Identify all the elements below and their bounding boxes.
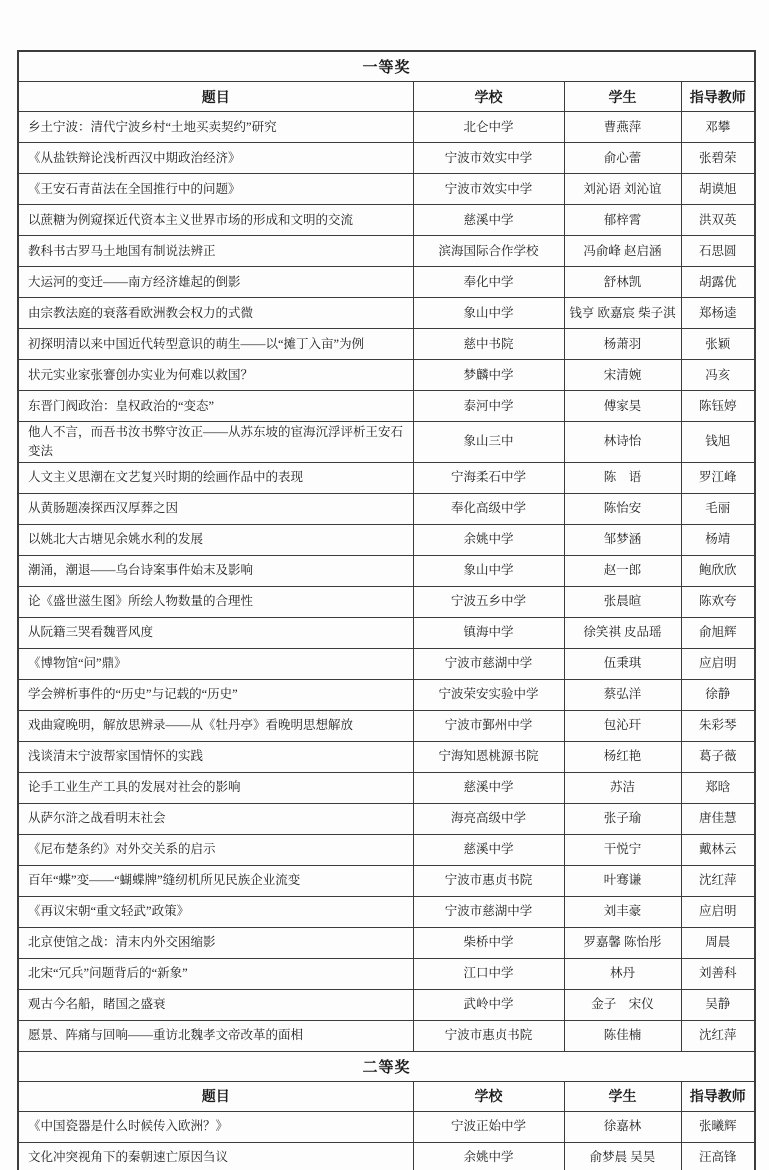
table-row: 论《盛世滋生图》所绘人物数量的合理性宁波五乡中学张晨暄陈欢夸 [18, 586, 755, 617]
column-header-title: 题目 [18, 1081, 413, 1111]
table-row: 北宋“冗兵”问题背后的“新象”江口中学林丹刘善科 [18, 958, 755, 989]
teacher-cell: 戴林云 [681, 834, 755, 865]
student-cell: 陈 语 [564, 462, 681, 493]
school-cell: 余姚中学 [413, 1142, 564, 1170]
school-cell: 象山中学 [413, 298, 564, 329]
school-cell: 宁波正始中学 [413, 1111, 564, 1142]
table-row: 戏曲窥晚明，解放思辨录——从《牡丹亭》看晚明思想解放宁波市鄞州中学包沁玕朱彩琴 [18, 710, 755, 741]
table-row: 以姚北大古塘见余姚水利的发展余姚中学邹梦涵杨靖 [18, 524, 755, 555]
teacher-cell: 鲍欣欣 [681, 555, 755, 586]
student-cell: 林丹 [564, 958, 681, 989]
student-cell: 杨萧羽 [564, 329, 681, 360]
teacher-cell: 陈钰婷 [681, 391, 755, 422]
table-row: 乡土宁波：清代宁波乡村“土地买卖契约”研究北仑中学曹燕萍邓攀 [18, 112, 755, 143]
student-cell: 伍秉琪 [564, 648, 681, 679]
teacher-cell: 罗江峰 [681, 462, 755, 493]
title-cell: 以姚北大古塘见余姚水利的发展 [18, 524, 413, 555]
column-header-student: 学生 [564, 82, 681, 112]
teacher-cell: 葛子薇 [681, 741, 755, 772]
section-title: 二等奖 [18, 1051, 755, 1081]
table-row: 由宗教法庭的衰落看欧洲教会权力的式微象山中学钱亨 欧嘉宸 柴子淇郑杨逵 [18, 298, 755, 329]
table-row: 从黄肠题凑探西汉厚葬之因奉化高级中学陈怡安毛丽 [18, 493, 755, 524]
title-cell: 北宋“冗兵”问题背后的“新象” [18, 958, 413, 989]
table-row: 《王安石青苗法在全国推行中的问题》宁波市效实中学刘沁语 刘沁谊胡谟旭 [18, 174, 755, 205]
school-cell: 宁波市惠贞书院 [413, 865, 564, 896]
teacher-cell: 郑晗 [681, 772, 755, 803]
teacher-cell: 唐佳慧 [681, 803, 755, 834]
school-cell: 宁波荣安实验中学 [413, 679, 564, 710]
title-cell: 论手工业生产工具的发展对社会的影响 [18, 772, 413, 803]
table-row: 《尼布楚条约》对外交关系的启示慈溪中学干悦宁戴林云 [18, 834, 755, 865]
school-cell: 海亮高级中学 [413, 803, 564, 834]
column-header-teacher: 指导教师 [681, 1081, 755, 1111]
awards-table: 一等奖题目学校学生指导教师乡土宁波：清代宁波乡村“土地买卖契约”研究北仑中学曹燕… [17, 50, 756, 1170]
teacher-cell: 张曦辉 [681, 1111, 755, 1142]
section-header-row: 一等奖 [18, 51, 755, 82]
column-header-row: 题目学校学生指导教师 [18, 82, 755, 112]
teacher-cell: 吴静 [681, 989, 755, 1020]
table-row: 东晋门阀政治：皇权政治的“变态”泰河中学傅家昊陈钰婷 [18, 391, 755, 422]
student-cell: 刘沁语 刘沁谊 [564, 174, 681, 205]
table-row: 以蔗糖为例窥探近代资本主义世界市场的形成和文明的交流慈溪中学郁梓霄洪双英 [18, 205, 755, 236]
table-row: 北京使馆之战：清末内外交困缩影柴桥中学罗嘉馨 陈怡彤周晨 [18, 927, 755, 958]
table-row: 教科书古罗马土地国有制说法辨正滨海国际合作学校冯俞峰 赵启涵石思圆 [18, 236, 755, 267]
table-row: 文化冲突视角下的秦朝速亡原因刍议余姚中学俞梦晨 吴昊汪高锋 [18, 1142, 755, 1170]
title-cell: 愿景、阵痛与回响——重访北魏孝文帝改革的面相 [18, 1020, 413, 1051]
column-header-school: 学校 [413, 82, 564, 112]
section-header-row: 二等奖 [18, 1051, 755, 1081]
school-cell: 奉化中学 [413, 267, 564, 298]
table-row: 观古今名船，睹国之盛衰武岭中学金子 宋仪吴静 [18, 989, 755, 1020]
teacher-cell: 周晨 [681, 927, 755, 958]
student-cell: 俞心蕾 [564, 143, 681, 174]
title-cell: 人文主义思潮在文艺复兴时期的绘画作品中的表现 [18, 462, 413, 493]
column-header-row: 题目学校学生指导教师 [18, 1081, 755, 1111]
student-cell: 俞梦晨 吴昊 [564, 1142, 681, 1170]
student-cell: 傅家昊 [564, 391, 681, 422]
teacher-cell: 汪高锋 [681, 1142, 755, 1170]
title-cell: 东晋门阀政治：皇权政治的“变态” [18, 391, 413, 422]
student-cell: 邹梦涵 [564, 524, 681, 555]
title-cell: 从萨尔浒之战看明末社会 [18, 803, 413, 834]
table-row: 《从盐铁辩论浅析西汉中期政治经济》宁波市效实中学俞心蕾张碧荣 [18, 143, 755, 174]
title-cell: 从黄肠题凑探西汉厚葬之因 [18, 493, 413, 524]
teacher-cell: 张颖 [681, 329, 755, 360]
title-cell: 文化冲突视角下的秦朝速亡原因刍议 [18, 1142, 413, 1170]
title-cell: 由宗教法庭的衰落看欧洲教会权力的式微 [18, 298, 413, 329]
school-cell: 宁波市慈湖中学 [413, 648, 564, 679]
school-cell: 宁波市效实中学 [413, 143, 564, 174]
student-cell: 钱亨 欧嘉宸 柴子淇 [564, 298, 681, 329]
student-cell: 林诗怡 [564, 422, 681, 463]
title-cell: 戏曲窥晚明，解放思辨录——从《牡丹亭》看晚明思想解放 [18, 710, 413, 741]
title-cell: 教科书古罗马土地国有制说法辨正 [18, 236, 413, 267]
school-cell: 梦麟中学 [413, 360, 564, 391]
teacher-cell: 陈欢夸 [681, 586, 755, 617]
teacher-cell: 徐静 [681, 679, 755, 710]
teacher-cell: 张碧荣 [681, 143, 755, 174]
student-cell: 金子 宋仪 [564, 989, 681, 1020]
school-cell: 宁波市慈湖中学 [413, 896, 564, 927]
title-cell: 论《盛世滋生图》所绘人物数量的合理性 [18, 586, 413, 617]
student-cell: 叶骞谦 [564, 865, 681, 896]
school-cell: 宁波市效实中学 [413, 174, 564, 205]
title-cell: 《博物馆“问”鼎》 [18, 648, 413, 679]
student-cell: 刘丰豪 [564, 896, 681, 927]
teacher-cell: 应启明 [681, 648, 755, 679]
teacher-cell: 郑杨逵 [681, 298, 755, 329]
title-cell: 大运河的变迁——南方经济雄起的倒影 [18, 267, 413, 298]
student-cell: 杨红艳 [564, 741, 681, 772]
teacher-cell: 胡露优 [681, 267, 755, 298]
student-cell: 蔡弘洋 [564, 679, 681, 710]
title-cell: 《中国瓷器是什么时候传入欧洲？》 [18, 1111, 413, 1142]
title-cell: 百年“蝶”变——“蝴蝶牌”缝纫机所见民族企业流变 [18, 865, 413, 896]
title-cell: 乡土宁波：清代宁波乡村“土地买卖契约”研究 [18, 112, 413, 143]
column-header-title: 题目 [18, 82, 413, 112]
student-cell: 曹燕萍 [564, 112, 681, 143]
school-cell: 象山三中 [413, 422, 564, 463]
school-cell: 象山中学 [413, 555, 564, 586]
title-cell: 以蔗糖为例窥探近代资本主义世界市场的形成和文明的交流 [18, 205, 413, 236]
student-cell: 赵一郎 [564, 555, 681, 586]
school-cell: 余姚中学 [413, 524, 564, 555]
table-row: 状元实业家张謇创办实业为何难以救国？梦麟中学宋清婉冯亥 [18, 360, 755, 391]
column-header-school: 学校 [413, 1081, 564, 1111]
school-cell: 宁波市惠贞书院 [413, 1020, 564, 1051]
student-cell: 徐嘉林 [564, 1111, 681, 1142]
teacher-cell: 刘善科 [681, 958, 755, 989]
school-cell: 柴桥中学 [413, 927, 564, 958]
column-header-teacher: 指导教师 [681, 82, 755, 112]
title-cell: 初探明清以来中国近代转型意识的萌生——以“摊丁入亩”为例 [18, 329, 413, 360]
teacher-cell: 钱旭 [681, 422, 755, 463]
school-cell: 慈中书院 [413, 329, 564, 360]
student-cell: 罗嘉馨 陈怡彤 [564, 927, 681, 958]
table-row: 从阮籍三哭看魏晋风度镇海中学徐笑祺 皮品瑶俞旭辉 [18, 617, 755, 648]
table-row: 《中国瓷器是什么时候传入欧洲？》宁波正始中学徐嘉林张曦辉 [18, 1111, 755, 1142]
table-row: 论手工业生产工具的发展对社会的影响慈溪中学苏洁郑晗 [18, 772, 755, 803]
table-row: 学会辨析事件的“历史”与记载的“历史”宁波荣安实验中学蔡弘洋徐静 [18, 679, 755, 710]
table-row: 浅谈清末宁波帮家国情怀的实践宁海知恩桃源书院杨红艳葛子薇 [18, 741, 755, 772]
table-row: 《再议宋朝“重文轻武”政策》宁波市慈湖中学刘丰豪应启明 [18, 896, 755, 927]
school-cell: 武岭中学 [413, 989, 564, 1020]
school-cell: 宁海知恩桃源书院 [413, 741, 564, 772]
title-cell: 他人不言，而吾书汝书弊守汝正——从苏东坡的宦海沉浮评析王安石变法 [18, 422, 413, 463]
student-cell: 苏洁 [564, 772, 681, 803]
table-row: 百年“蝶”变——“蝴蝶牌”缝纫机所见民族企业流变宁波市惠贞书院叶骞谦沈红萍 [18, 865, 755, 896]
school-cell: 慈溪中学 [413, 205, 564, 236]
school-cell: 泰河中学 [413, 391, 564, 422]
school-cell: 慈溪中学 [413, 772, 564, 803]
title-cell: 潮涌，潮退——乌台诗案事件始末及影响 [18, 555, 413, 586]
teacher-cell: 沈红萍 [681, 1020, 755, 1051]
teacher-cell: 洪双英 [681, 205, 755, 236]
student-cell: 干悦宁 [564, 834, 681, 865]
school-cell: 北仑中学 [413, 112, 564, 143]
student-cell: 冯俞峰 赵启涵 [564, 236, 681, 267]
teacher-cell: 邓攀 [681, 112, 755, 143]
school-cell: 滨海国际合作学校 [413, 236, 564, 267]
title-cell: 《从盐铁辩论浅析西汉中期政治经济》 [18, 143, 413, 174]
table-row: 《博物馆“问”鼎》宁波市慈湖中学伍秉琪应启明 [18, 648, 755, 679]
title-cell: 《尼布楚条约》对外交关系的启示 [18, 834, 413, 865]
award-list-page: 一等奖题目学校学生指导教师乡土宁波：清代宁波乡村“土地买卖契约”研究北仑中学曹燕… [0, 0, 769, 1170]
table-row: 愿景、阵痛与回响——重访北魏孝文帝改革的面相宁波市惠贞书院陈佳楠沈红萍 [18, 1020, 755, 1051]
table-row: 潮涌，潮退——乌台诗案事件始末及影响象山中学赵一郎鲍欣欣 [18, 555, 755, 586]
teacher-cell: 石思圆 [681, 236, 755, 267]
student-cell: 包沁玕 [564, 710, 681, 741]
title-cell: 《王安石青苗法在全国推行中的问题》 [18, 174, 413, 205]
school-cell: 江口中学 [413, 958, 564, 989]
school-cell: 奉化高级中学 [413, 493, 564, 524]
student-cell: 徐笑祺 皮品瑶 [564, 617, 681, 648]
title-cell: 状元实业家张謇创办实业为何难以救国？ [18, 360, 413, 391]
school-cell: 宁波市鄞州中学 [413, 710, 564, 741]
title-cell: 《再议宋朝“重文轻武”政策》 [18, 896, 413, 927]
section-title: 一等奖 [18, 51, 755, 82]
student-cell: 陈怡安 [564, 493, 681, 524]
teacher-cell: 朱彩琴 [681, 710, 755, 741]
table-row: 从萨尔浒之战看明末社会海亮高级中学张子瑜唐佳慧 [18, 803, 755, 834]
table-row: 人文主义思潮在文艺复兴时期的绘画作品中的表现宁海柔石中学陈 语罗江峰 [18, 462, 755, 493]
teacher-cell: 俞旭辉 [681, 617, 755, 648]
column-header-student: 学生 [564, 1081, 681, 1111]
teacher-cell: 沈红萍 [681, 865, 755, 896]
student-cell: 郁梓霄 [564, 205, 681, 236]
school-cell: 镇海中学 [413, 617, 564, 648]
title-cell: 观古今名船，睹国之盛衰 [18, 989, 413, 1020]
student-cell: 张子瑜 [564, 803, 681, 834]
table-row: 大运河的变迁——南方经济雄起的倒影奉化中学舒林凯胡露优 [18, 267, 755, 298]
table-row: 初探明清以来中国近代转型意识的萌生——以“摊丁入亩”为例慈中书院杨萧羽张颖 [18, 329, 755, 360]
school-cell: 宁波五乡中学 [413, 586, 564, 617]
student-cell: 张晨暄 [564, 586, 681, 617]
student-cell: 宋清婉 [564, 360, 681, 391]
teacher-cell: 应启明 [681, 896, 755, 927]
title-cell: 浅谈清末宁波帮家国情怀的实践 [18, 741, 413, 772]
school-cell: 宁海柔石中学 [413, 462, 564, 493]
awards-table-body: 一等奖题目学校学生指导教师乡土宁波：清代宁波乡村“土地买卖契约”研究北仑中学曹燕… [18, 51, 755, 1170]
student-cell: 舒林凯 [564, 267, 681, 298]
student-cell: 陈佳楠 [564, 1020, 681, 1051]
title-cell: 从阮籍三哭看魏晋风度 [18, 617, 413, 648]
table-row: 他人不言，而吾书汝书弊守汝正——从苏东坡的宦海沉浮评析王安石变法象山三中林诗怡钱… [18, 422, 755, 463]
teacher-cell: 冯亥 [681, 360, 755, 391]
school-cell: 慈溪中学 [413, 834, 564, 865]
teacher-cell: 杨靖 [681, 524, 755, 555]
teacher-cell: 胡谟旭 [681, 174, 755, 205]
title-cell: 学会辨析事件的“历史”与记载的“历史” [18, 679, 413, 710]
title-cell: 北京使馆之战：清末内外交困缩影 [18, 927, 413, 958]
teacher-cell: 毛丽 [681, 493, 755, 524]
